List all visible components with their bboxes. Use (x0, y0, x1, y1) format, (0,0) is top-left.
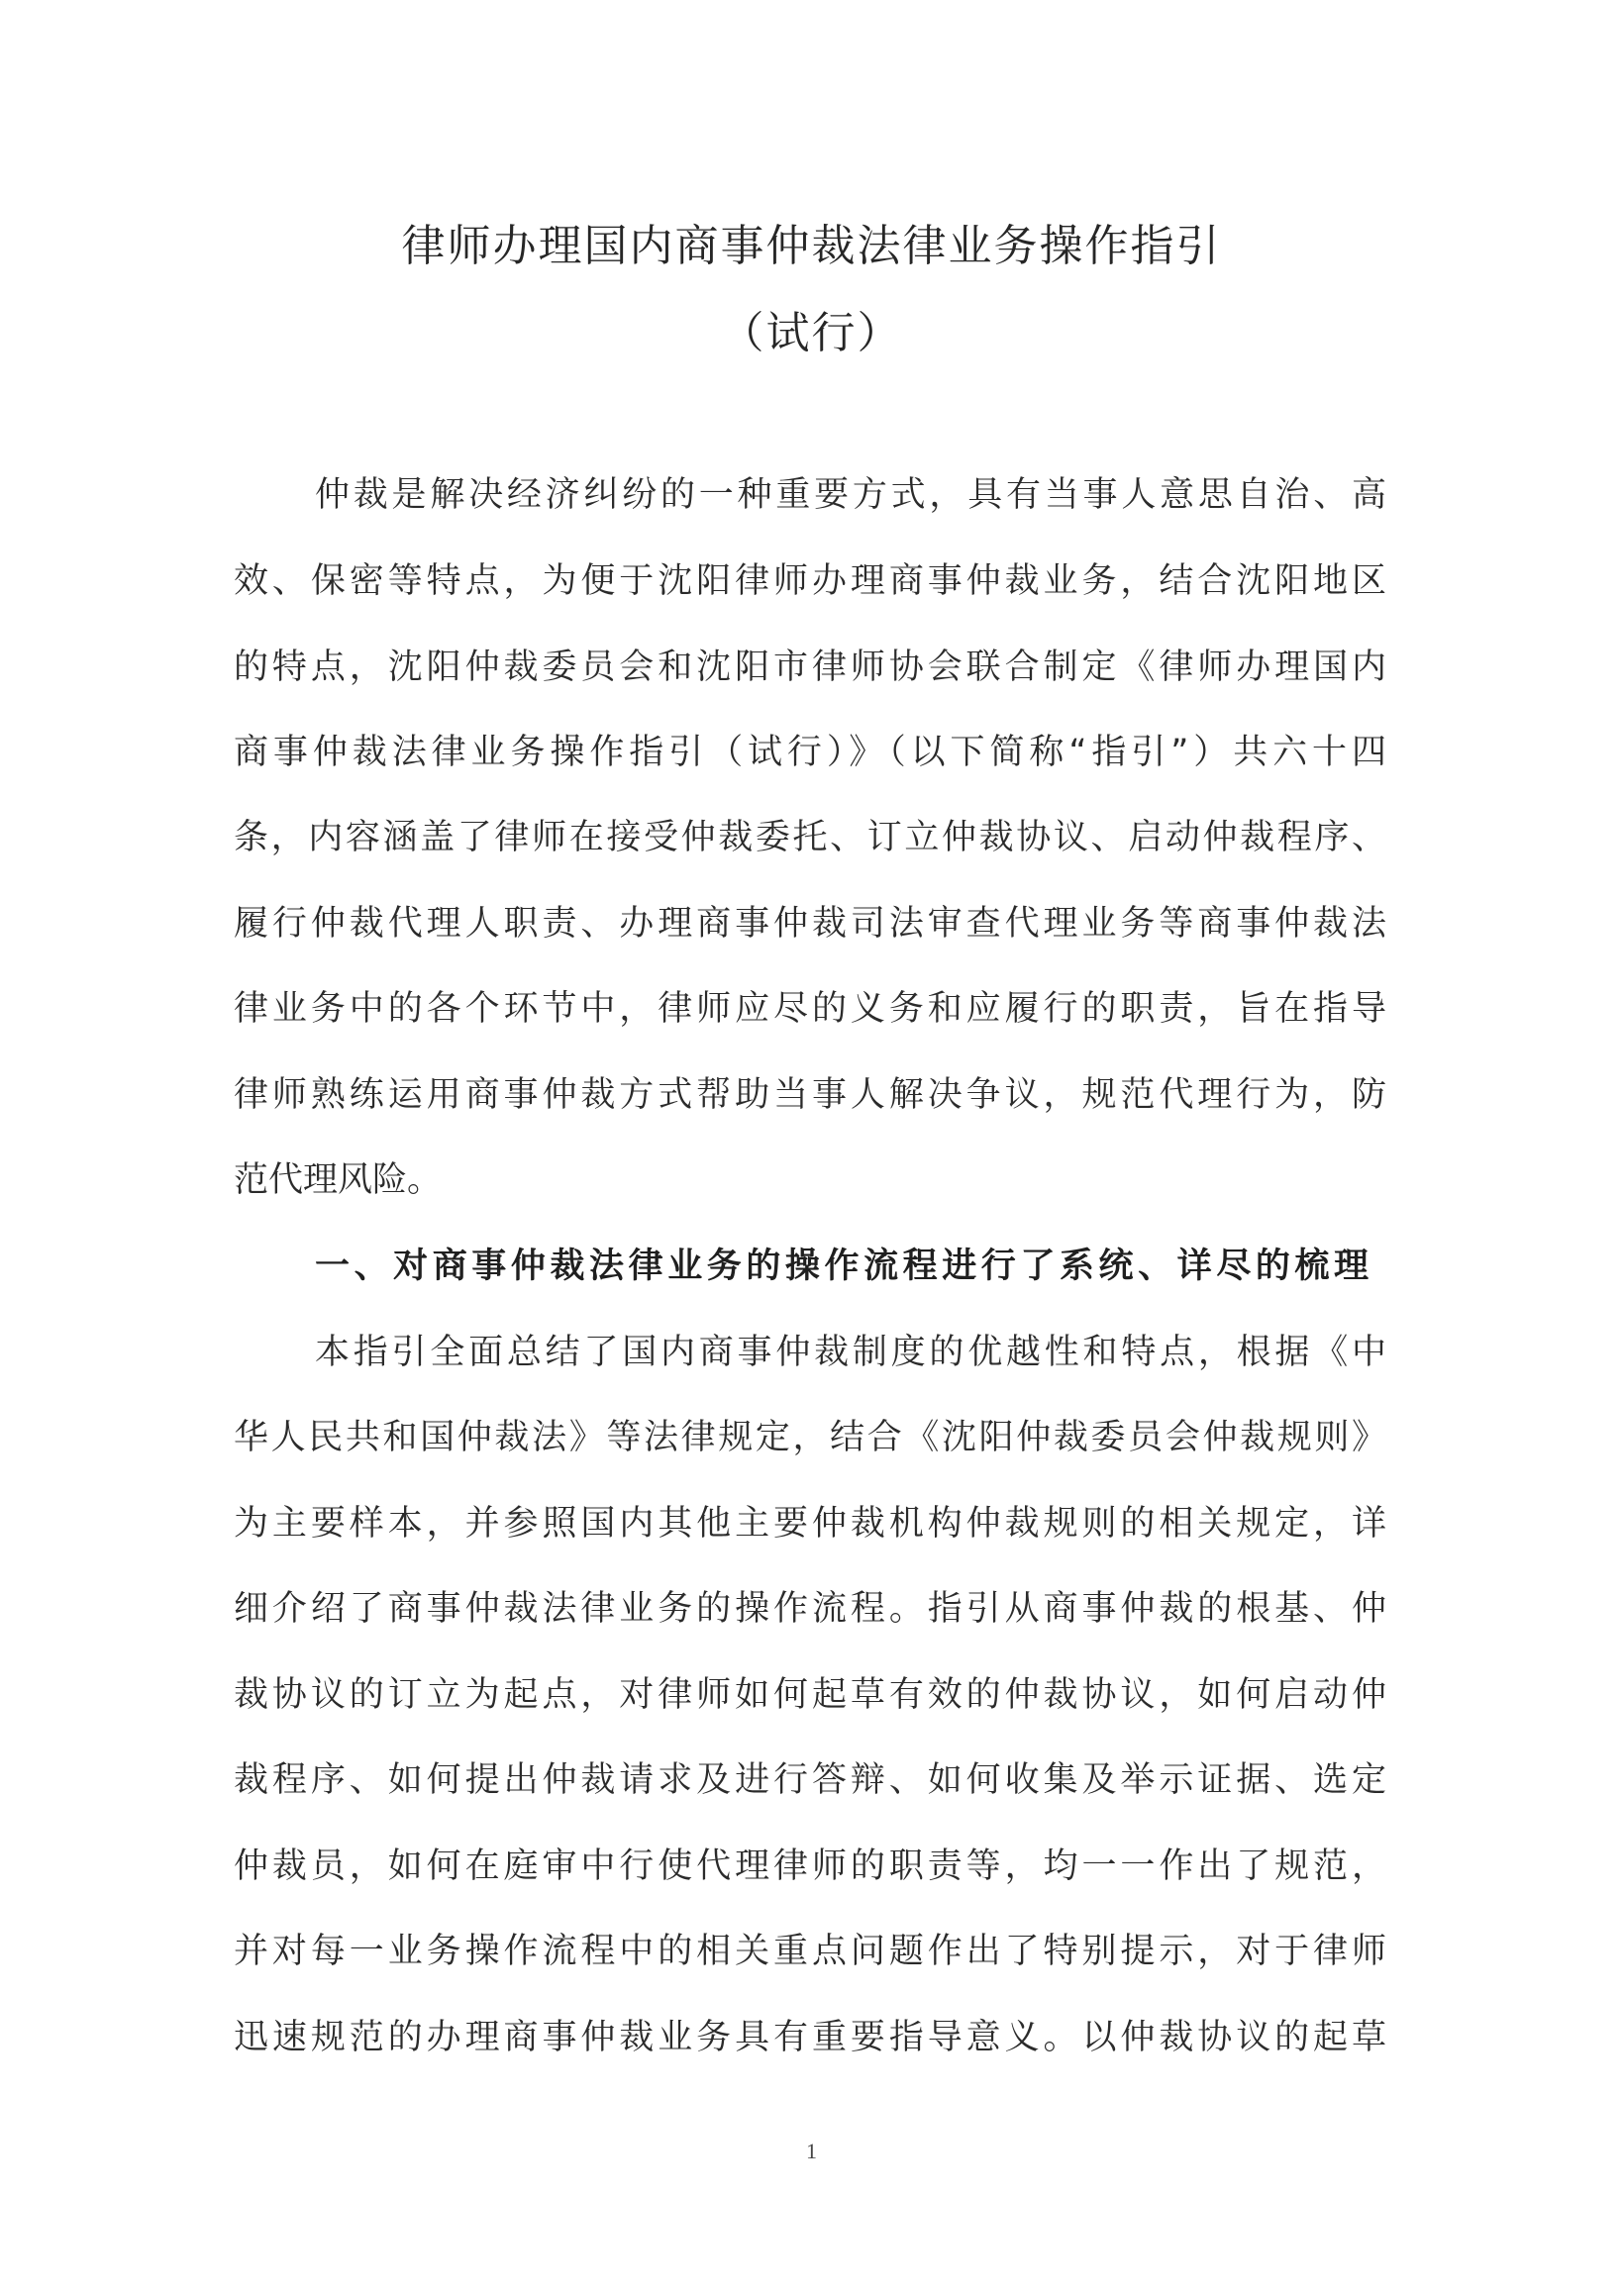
paragraph-line: 为主要样本，并参照国内其他主要仲裁机构仲裁规则的相关规定，详 (234, 1502, 1386, 1546)
paragraph-line: 的特点，沈阳仲裁委员会和沈阳市律师协会联合制定《律师办理国内 (234, 646, 1386, 689)
paragraph-line: 本指引全面总结了国内商事仲裁制度的优越性和特点，根据《中 (315, 1331, 1386, 1374)
paragraph-line: 细介绍了商事仲裁法律业务的操作流程。指引从商事仲裁的根基、仲 (234, 1587, 1386, 1631)
document-page: 律师办理国内商事仲裁法律业务操作指引 （试行） 仲裁是解决经济纠纷的一种重要方式… (0, 0, 1623, 2296)
document-title: 律师办理国内商事仲裁法律业务操作指引 (0, 210, 1623, 273)
paragraph-line: 迅速规范的办理商事仲裁业务具有重要指导意义。以仲裁协议的起草 (234, 2016, 1386, 2059)
paragraph-line: 仲裁是解决经济纠纷的一种重要方式，具有当事人意思自治、高 (315, 473, 1386, 517)
paragraph-line: 仲裁员，如何在庭审中行使代理律师的职责等，均一一作出了规范， (234, 1845, 1386, 1888)
section-heading: 一、对商事仲裁法律业务的操作流程进行了系统、详尽的梳理 (315, 1245, 1369, 1288)
paragraph-line: 律业务中的各个环节中，律师应尽的义务和应履行的职责，旨在指导 (234, 987, 1386, 1031)
paragraph-line: 裁程序、如何提出仲裁请求及进行答辩、如何收集及举示证据、选定 (234, 1758, 1386, 1802)
document-subtitle: （试行） (0, 297, 1623, 360)
paragraph-line: 条，内容涵盖了律师在接受仲裁委托、订立仲裁协议、启动仲裁程序、 (234, 816, 1386, 859)
paragraph-line: 履行仲裁代理人职责、办理商事仲裁司法审查代理业务等商事仲裁法 (234, 902, 1386, 946)
paragraph-line: 裁协议的订立为起点，对律师如何起草有效的仲裁协议，如何启动仲 (234, 1673, 1386, 1717)
paragraph-line: 并对每一业务操作流程中的相关重点问题作出了特别提示，对于律师 (234, 1930, 1386, 1973)
paragraph-line: 效、保密等特点，为便于沈阳律师办理商事仲裁业务，结合沈阳地区 (234, 559, 1386, 603)
page-number: 1 (0, 2139, 1623, 2164)
paragraph-line: 范代理风险。 (234, 1158, 1386, 1202)
paragraph-line: 华人民共和国仲裁法》等法律规定，结合《沈阳仲裁委员会仲裁规则》 (234, 1416, 1386, 1459)
paragraph-line: 商事仲裁法律业务操作指引（试行）》（以下简称“指引”）共六十四 (234, 731, 1386, 774)
paragraph-line: 律师熟练运用商事仲裁方式帮助当事人解决争议，规范代理行为，防 (234, 1073, 1386, 1117)
